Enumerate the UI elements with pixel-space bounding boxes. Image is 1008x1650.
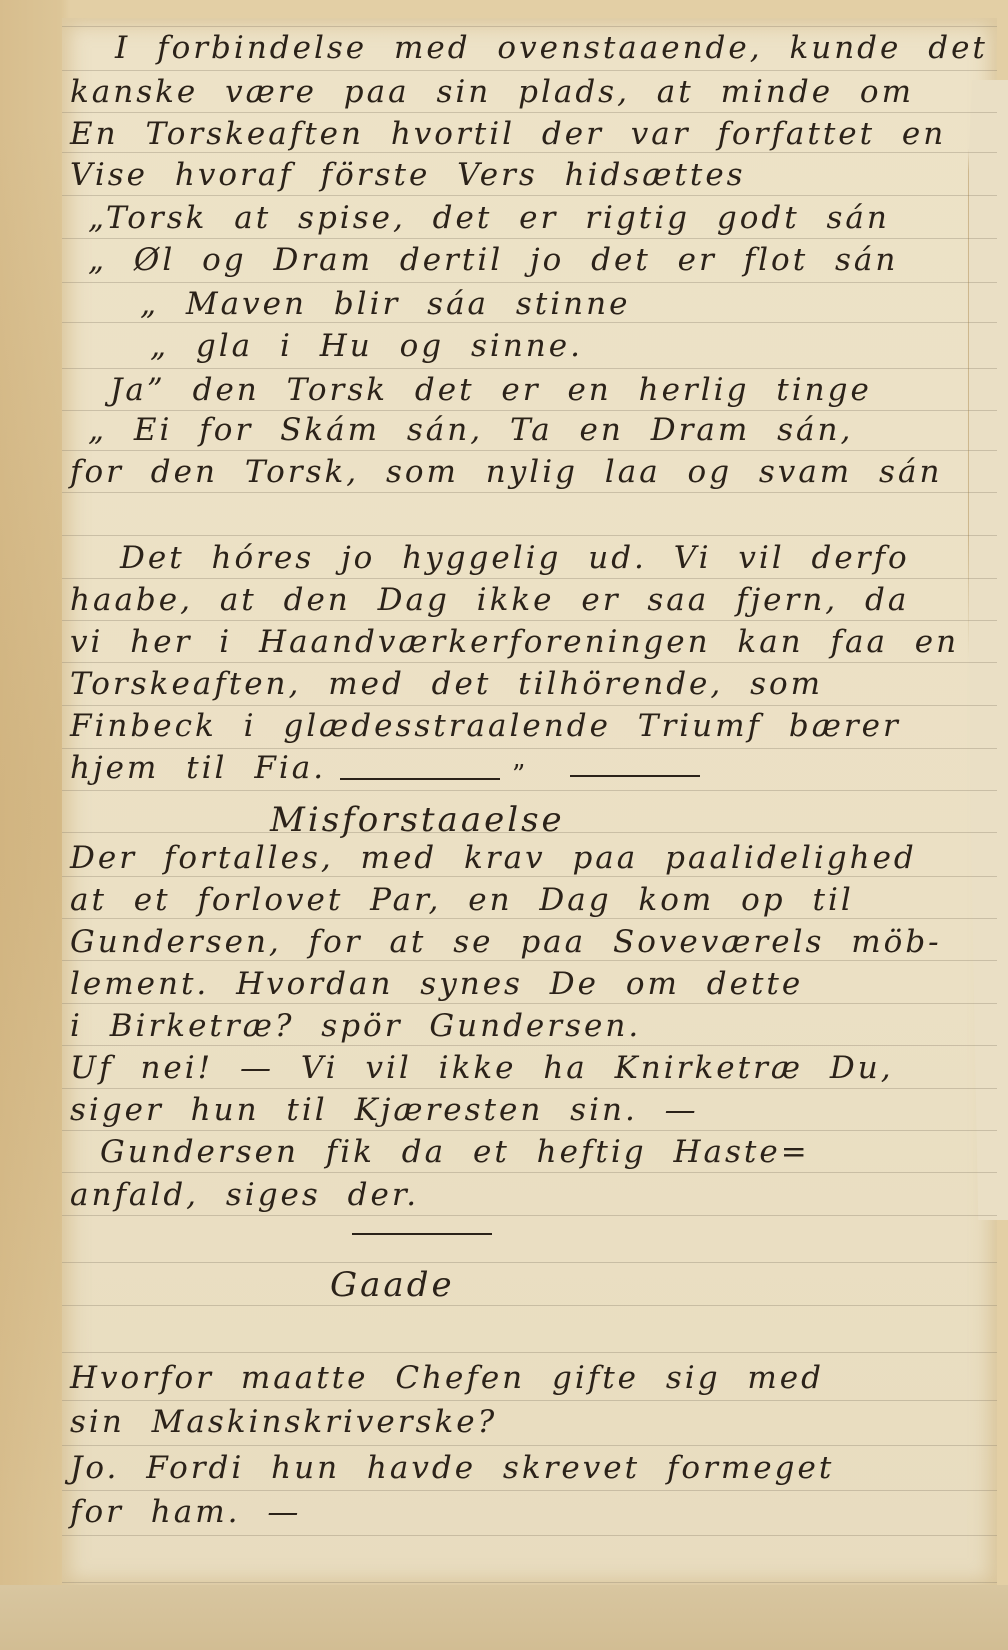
- text-line: vi her i Haandværkerforeningen kan faa e…: [70, 622, 958, 662]
- text-line: sin Maskinskriverske?: [70, 1402, 958, 1442]
- section-title: Gaade: [330, 1265, 455, 1305]
- separator-dash: [570, 775, 700, 777]
- verse-line: for den Torsk, som nylig laa og svam sán: [70, 452, 958, 492]
- text-line: Gundersen fik da et heftig Haste=: [100, 1132, 958, 1172]
- text-line: siger hun til Kjæresten sin. —: [70, 1090, 958, 1130]
- verse-line: „ Ei for Skám sán, Ta en Dram sán,: [88, 410, 958, 450]
- verse-line: „ Øl og Dram dertil jo det er flot sán: [88, 240, 958, 280]
- verse-line: „ Maven blir sáa stinne: [140, 284, 958, 324]
- verse-line: „Torsk at spise, det er rigtig godt sán: [88, 198, 958, 238]
- page-bottom-margin: [0, 1585, 1008, 1650]
- text-line: Der fortalles, med krav paa paalidelighe…: [70, 838, 958, 878]
- text-line: En Torskeaften hvortil der var forfattet…: [70, 114, 958, 154]
- text-line: lement. Hvordan synes De om dette: [70, 964, 958, 1004]
- text-line: at et forlovet Par, en Dag kom op til: [70, 880, 958, 920]
- text-line: i Birketræ? spör Gundersen.: [70, 1006, 958, 1046]
- section-title: Misforstaaelse: [270, 800, 565, 840]
- text-line: Hvorfor maatte Chefen gifte sig med: [70, 1358, 958, 1398]
- text-line: Torskeaften, med det tilhörende, som: [70, 664, 958, 704]
- text-line: Vise hvoraf förste Vers hidsættes: [70, 155, 958, 195]
- text-line: kanske være paa sin plads, at minde om: [70, 72, 958, 112]
- separator-dash: [352, 1233, 492, 1235]
- separator-mark: ”: [512, 760, 525, 790]
- text-line: Finbeck i glædesstraalende Triumf bærer: [70, 706, 958, 746]
- text-line: I forbindelse med ovenstaaende, kunde de…: [115, 28, 958, 68]
- text-line: Jo. Fordi hun havde skrevet formeget: [70, 1448, 958, 1488]
- text-line: for ham. —: [70, 1492, 958, 1532]
- text-line: Det hóres jo hyggelig ud. Vi vil derfo: [120, 538, 958, 578]
- verse-line: „ gla i Hu og sinne.: [150, 326, 958, 366]
- text-line: Gundersen, for at se paa Soveværels möb-: [70, 922, 958, 962]
- verse-line: Ja” den Torsk det er en herlig tinge: [110, 370, 958, 410]
- text-line: haabe, at den Dag ikke er saa fjern, da: [70, 580, 958, 620]
- separator-dash: [340, 778, 500, 780]
- text-line: Uf nei! — Vi vil ikke ha Knirketræ Du,: [70, 1048, 958, 1088]
- text-line: anfald, siges der.: [70, 1175, 958, 1215]
